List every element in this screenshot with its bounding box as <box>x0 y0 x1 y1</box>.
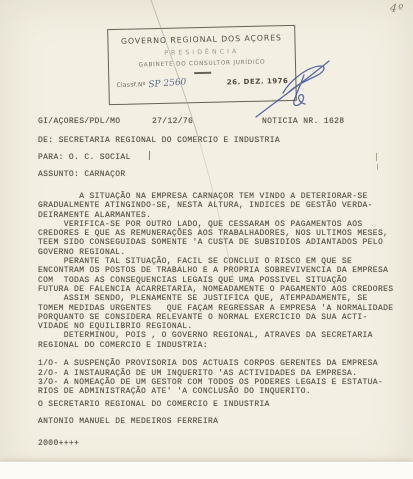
stamp-date: 26. DEZ. 1976 <box>227 77 289 86</box>
pencil-page-number: 4º <box>390 2 405 16</box>
telegram-notice-number: NOTICIA NR. 1628 <box>262 117 344 126</box>
stamp-presidency-line: PRESIDÊNCIA <box>109 47 295 58</box>
stray-ink-tick <box>149 151 150 160</box>
telegram-subject-line: ASSUNTO: CARNAÇOR <box>38 170 126 179</box>
signoff-title: O SECRETARIO REGIONAL DO COMERCIO E INDU… <box>38 400 270 409</box>
telegram-date: 27/12/76 <box>152 117 193 126</box>
telegram-to-line: PARA: O. C. SOCIAL <box>38 153 131 162</box>
scanned-telegram-page: 4º GOVERNO REGIONAL DOS AÇORES PRESIDÊNC… <box>0 0 413 479</box>
signoff-name: ANTONIO MANUEL DE MEDEIROS FERREIRA <box>38 417 218 426</box>
telegram-body-text: A SITUAÇÃO NA EMPRESA CARNAÇOR TEM VINDO… <box>38 192 393 397</box>
reception-stamp: GOVERNO REGIONAL DOS AÇORES PRESIDÊNCIA … <box>107 25 297 105</box>
stamp-office-line: GABINETE DO CONSULTOR JURÍDICO <box>109 59 295 69</box>
stamp-government-line: GOVERNO REGIONAL DOS AÇORES <box>108 33 294 46</box>
transmission-code: 2000++++ <box>38 439 79 448</box>
stamp-classification-handwritten-value: SP 2560 <box>148 77 187 90</box>
stamp-classification-label: Classf.Nº <box>116 81 146 89</box>
margin-pencil-dash <box>376 153 377 161</box>
telegram-from-line: DE: SECRETARIA REGIONAL DO COMERCIO E IN… <box>38 136 280 145</box>
scanner-edge-strip <box>0 461 413 479</box>
telegram-origin-code: GI/AÇORES/PDL/MO <box>38 117 120 126</box>
margin-pencil-dash-2 <box>377 164 378 170</box>
